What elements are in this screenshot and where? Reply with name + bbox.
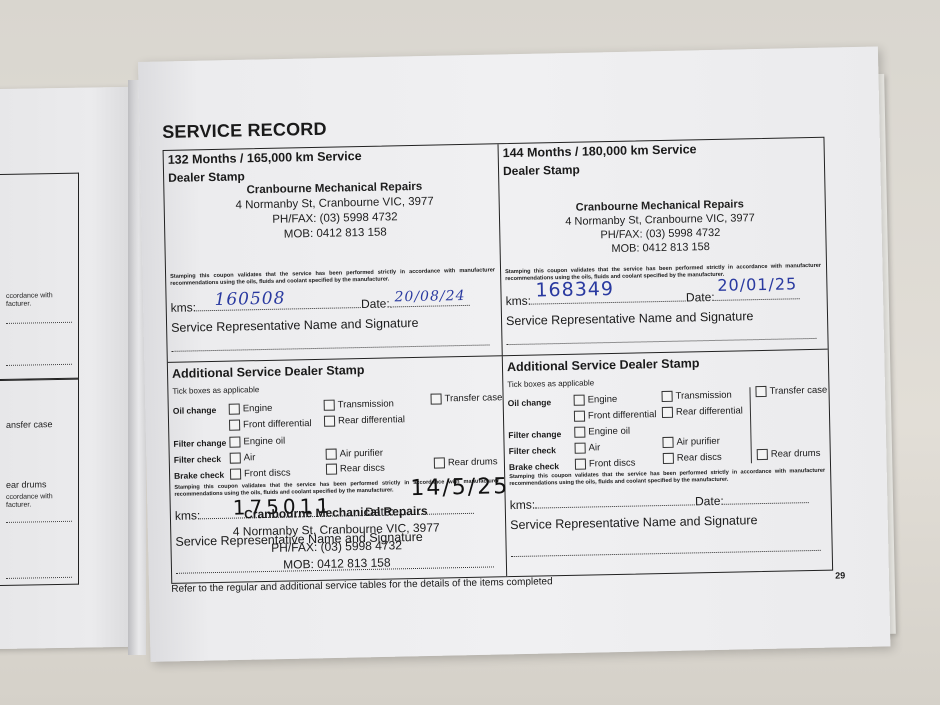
checkbox-icon xyxy=(229,403,240,414)
row-label-brake-check: Brake check xyxy=(509,461,559,472)
checkbox-transfer-case[interactable]: Transfer case xyxy=(755,385,827,397)
row-label-filter-check: Filter check xyxy=(174,454,221,465)
checkbox-icon xyxy=(326,449,337,460)
checkbox-icon xyxy=(575,443,586,454)
checkbox-front-differential[interactable]: Front differential xyxy=(574,409,657,422)
checkbox-icon xyxy=(431,393,442,404)
signature-label: Service Representative Name and Signatur… xyxy=(510,513,758,532)
checkbox-icon xyxy=(574,427,585,438)
left-dotted-line xyxy=(6,322,72,324)
signature-line[interactable] xyxy=(507,338,817,345)
checkbox-icon xyxy=(230,452,241,463)
kms-date-line: kms:Date: xyxy=(510,492,826,512)
checkbox-air-purifier[interactable]: Air purifier xyxy=(326,448,384,460)
additional-service-2: Additional Service Dealer Stamp Tick box… xyxy=(503,350,832,576)
checkbox-front-differential[interactable]: Front differential xyxy=(229,418,312,431)
checkbox-engine[interactable]: Engine xyxy=(574,394,618,406)
column-divider xyxy=(749,387,752,463)
row-label-filter-change: Filter change xyxy=(173,438,226,449)
date-value[interactable]: 20/01/25 xyxy=(717,274,797,295)
service-heading: 132 Months / 165,000 km Service xyxy=(168,149,362,167)
row-label-filter-change: Filter change xyxy=(508,429,561,440)
service-144-months: 144 Months / 180,000 km Service Dealer S… xyxy=(499,138,828,356)
left-additional-box: ansfer case ear drums ccordance with fac… xyxy=(0,378,79,586)
checkbox-front-discs[interactable]: Front discs xyxy=(230,467,291,479)
left-drums-fragment: ear drums xyxy=(6,479,47,491)
date-value[interactable]: 20/08/24 xyxy=(394,288,465,305)
tick-note: Tick boxes as applicable xyxy=(172,385,259,396)
checkbox-rear-discs[interactable]: Rear discs xyxy=(663,452,722,464)
signature-line[interactable] xyxy=(511,550,821,557)
dealer-stamp-label: Dealer Stamp xyxy=(168,169,245,185)
checkbox-icon xyxy=(324,400,335,411)
checkbox-transmission[interactable]: Transmission xyxy=(324,398,394,410)
additional-heading: Additional Service Dealer Stamp xyxy=(507,356,700,374)
left-page: ccordance with facturer. ansfer case ear… xyxy=(0,87,140,650)
checkbox-icon xyxy=(755,386,766,397)
left-dotted-line xyxy=(6,364,72,366)
left-dotted-line xyxy=(6,577,72,579)
page-number: 29 xyxy=(835,570,845,580)
validation-text: Stamping this coupon validates that the … xyxy=(170,267,495,288)
kms-value[interactable]: 160508 xyxy=(214,289,285,310)
checkbox-engine-oil[interactable]: Engine oil xyxy=(229,436,285,448)
service-heading: 144 Months / 180,000 km Service xyxy=(503,142,697,160)
date-label: Date: xyxy=(686,290,715,305)
signature-label: Service Representative Name and Signatur… xyxy=(171,316,419,335)
left-service-box: ccordance with facturer. xyxy=(0,173,79,381)
checkbox-transfer-case[interactable]: Transfer case xyxy=(431,392,503,404)
checkbox-icon xyxy=(326,464,337,475)
left-dotted-line xyxy=(6,521,72,523)
checkbox-icon xyxy=(662,391,673,402)
checkbox-icon xyxy=(574,395,585,406)
kms-label: kms: xyxy=(510,498,536,513)
checkbox-engine[interactable]: Engine xyxy=(229,403,273,415)
signature-line[interactable] xyxy=(172,344,490,351)
dealer-stamp: Cranbourne Mechanical Repairs 4 Normanby… xyxy=(530,196,791,257)
checkbox-icon xyxy=(324,416,335,427)
left-validation-fragment-4: facturer. xyxy=(6,502,31,511)
checkbox-air[interactable]: Air xyxy=(575,442,601,454)
row-label-oil-change: Oil change xyxy=(508,397,552,408)
kms-value[interactable]: 168349 xyxy=(535,278,614,302)
checkbox-rear-drums[interactable]: Rear drums xyxy=(757,448,821,460)
kms-label: kms: xyxy=(506,294,532,309)
row-label-filter-check: Filter check xyxy=(509,445,556,456)
checkbox-icon xyxy=(230,468,241,479)
additional-heading: Additional Service Dealer Stamp xyxy=(172,363,365,381)
row-label-brake-check: Brake check xyxy=(174,470,224,481)
left-transfer-fragment: ansfer case xyxy=(6,419,53,431)
service-132-months: 132 Months / 165,000 km Service Dealer S… xyxy=(164,144,503,363)
checkbox-icon xyxy=(229,419,240,430)
checkbox-rear-differential[interactable]: Rear differential xyxy=(324,414,405,427)
checkbox-transmission[interactable]: Transmission xyxy=(662,390,732,402)
checkbox-icon xyxy=(662,437,673,448)
checkbox-rear-discs[interactable]: Rear discs xyxy=(326,463,385,475)
checkbox-icon xyxy=(229,436,240,447)
signature-label: Service Representative Name and Signatur… xyxy=(506,309,754,328)
page-title: SERVICE RECORD xyxy=(162,119,327,143)
dealer-stamp: Cranbourne Mechanical Repairs 4 Normanby… xyxy=(204,179,465,244)
date-label: Date: xyxy=(361,296,390,311)
checkbox-icon xyxy=(757,449,768,460)
checkbox-air-purifier[interactable]: Air purifier xyxy=(662,436,720,448)
service-record-page: SERVICE RECORD 132 Months / 165,000 km S… xyxy=(162,109,841,602)
checkbox-icon xyxy=(662,407,673,418)
checkbox-icon xyxy=(575,459,586,470)
left-validation-fragment-2: facturer. xyxy=(6,301,31,310)
dealer-stamp-label: Dealer Stamp xyxy=(503,163,580,179)
date-value[interactable]: 14/5/25 xyxy=(410,474,509,501)
dealer-stamp-overlay: Cranbourne Mechanical Repairs 4 Normanby… xyxy=(196,502,477,576)
checkbox-rear-drums[interactable]: Rear drums xyxy=(434,456,498,468)
checkbox-rear-differential[interactable]: Rear differential xyxy=(662,405,743,418)
checkbox-icon xyxy=(434,457,445,468)
checkbox-air[interactable]: Air xyxy=(230,452,256,464)
tick-note: Tick boxes as applicable xyxy=(507,378,594,389)
checkbox-engine-oil[interactable]: Engine oil xyxy=(574,426,630,438)
row-label-oil-change: Oil change xyxy=(173,405,217,416)
checkbox-front-discs[interactable]: Front discs xyxy=(575,458,636,470)
date-label: Date: xyxy=(695,494,724,509)
checkbox-icon xyxy=(663,453,674,464)
checkbox-icon xyxy=(574,411,585,422)
kms-label: kms: xyxy=(171,300,197,315)
